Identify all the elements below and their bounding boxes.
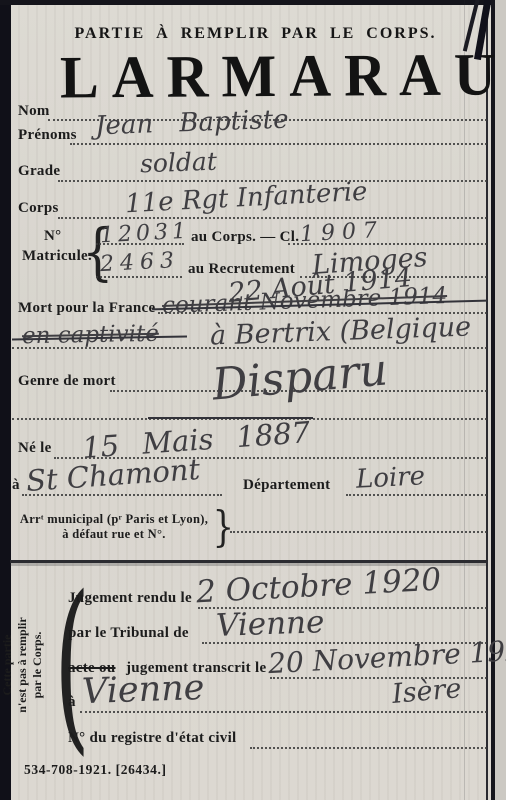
tribunal-label: par le Tribunal de bbox=[68, 625, 189, 642]
ne-le-label: Né le bbox=[18, 440, 52, 457]
transcrit-a-label: à bbox=[68, 694, 76, 711]
neighbor-page-strip bbox=[495, 0, 506, 800]
departement-line bbox=[346, 494, 487, 496]
tribunal-value: Vienne bbox=[215, 604, 325, 644]
departement-value: Loire bbox=[355, 461, 426, 495]
arr-municipal-line bbox=[230, 531, 487, 533]
registre-label: N° du registre d'état civil bbox=[68, 730, 237, 747]
genre-mort-label: Genre de mort bbox=[18, 373, 116, 390]
departement-label: Département bbox=[243, 477, 330, 494]
transcrit-a-line bbox=[80, 711, 487, 713]
mort-lieu-value: à Bertrix (Belgique bbox=[210, 311, 472, 351]
jugement-rendu-value: 2 Octobre 1920 bbox=[195, 562, 442, 611]
birthplace-a-label: à bbox=[12, 477, 20, 494]
arr-municipal-label-1: Arrᵗ municipal (pʳ Paris et Lyon), bbox=[15, 512, 213, 527]
matricule-recr-value: 2463 bbox=[99, 248, 180, 277]
au-corps-label: au Corps. — Cl. bbox=[191, 229, 299, 246]
scan-edge-top bbox=[0, 0, 506, 5]
print-code: 534-708-1921. [26434.] bbox=[24, 762, 167, 778]
corps-value: 11e Rgt Infanterie bbox=[124, 177, 368, 220]
record-card: PARTIE À REMPLIR PAR LE CORPS. LARMARAUD… bbox=[0, 0, 506, 800]
mort-line-2 bbox=[12, 347, 487, 349]
matricule-label-1: N° bbox=[44, 228, 61, 245]
mort-label: Mort pour la France bbox=[18, 300, 155, 317]
side-note: Cette partie n'est pas à remplir par le … bbox=[0, 580, 60, 750]
arr-municipal-brace: } bbox=[213, 506, 234, 548]
mort-lieu-struck: en captivité bbox=[22, 321, 159, 349]
birthplace-value: St Chamont bbox=[25, 452, 201, 498]
side-note-line: Cette partie bbox=[0, 580, 15, 750]
matricule-corps-line bbox=[96, 243, 184, 245]
side-note-line: par le Corps. bbox=[30, 580, 45, 750]
matricule-recr-line bbox=[96, 276, 182, 278]
arr-municipal-label-2: à défaut rue et N°. bbox=[15, 527, 213, 542]
grade-label: Grade bbox=[18, 163, 60, 180]
corps-line bbox=[58, 217, 487, 219]
genre-mort-value: Disparu bbox=[210, 344, 389, 410]
registre-line bbox=[250, 747, 487, 749]
grade-value: soldat bbox=[140, 147, 218, 179]
transcrit-lieu-value: Vienne bbox=[81, 668, 205, 712]
surname-stamp: LARMARAUD bbox=[60, 39, 506, 112]
prenoms-label: Prénoms bbox=[18, 127, 77, 144]
prenoms-line bbox=[70, 143, 487, 145]
side-note-line: n'est pas à remplir bbox=[15, 580, 30, 750]
nom-label: Nom bbox=[18, 103, 50, 120]
jugement-rendu-label: Jugement rendu le bbox=[68, 590, 192, 607]
transcrit-departement-value: Isère bbox=[391, 673, 463, 710]
prenoms-value: Jean Baptiste bbox=[95, 105, 289, 142]
corps-label: Corps bbox=[18, 200, 59, 217]
